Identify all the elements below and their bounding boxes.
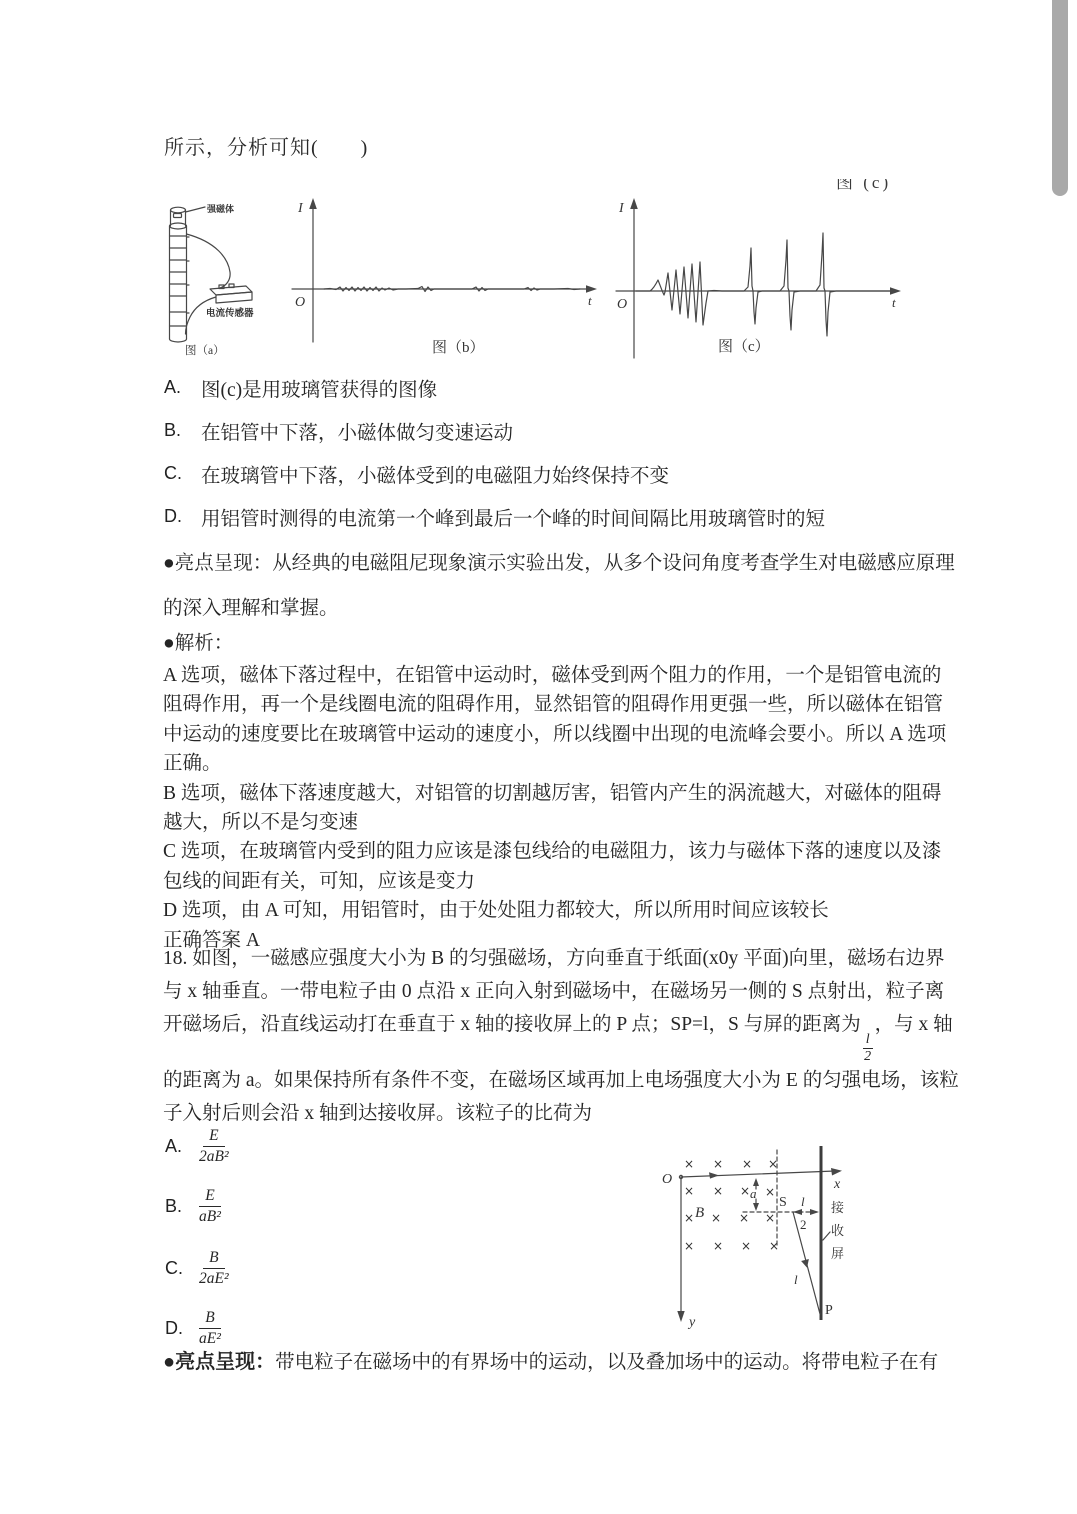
svg-text:×: × (741, 1239, 751, 1253)
highlight-label: ●亮点呈现： (163, 553, 272, 574)
svg-text:×: × (740, 1184, 750, 1198)
svg-text:屏: 屏 (831, 1246, 844, 1261)
svg-text:×: × (765, 1185, 775, 1199)
tube-drawing (170, 223, 190, 342)
analysis-block: A 选项，磁体下落过程中，在铝管中运动时，磁体受到两个阻力的作用，一个是铝管电流… (163, 661, 959, 955)
figure-c-yaxis-label: I (618, 201, 625, 216)
figure-b-yaxis-label: I (297, 201, 304, 216)
option-a-label: A. (165, 1136, 199, 1157)
q18-yaxis-label: y (687, 1315, 696, 1330)
option-c: C. B2aE² (165, 1250, 229, 1286)
option-a-label: A. (164, 377, 201, 398)
footer-highlight-text: 带电粒子在磁场中的有界场中的运动，以及叠加场中的运动。将带电粒子在有 (275, 1352, 938, 1373)
option-d-text: 用铝管时测得的电流第一个峰到最后一个峰的时间间隔比用玻璃管时的短 (201, 503, 825, 531)
figure-b-signal-curve (324, 287, 580, 292)
question18-options: A. E2aB² B. EaB² C. B2aE² D. BaE² (165, 1126, 425, 1356)
question17-options: A. 图(c)是用玻璃管获得的图像 B. 在铝管中下落，小磁体做匀变速运动 C.… (164, 366, 964, 538)
option-d: D. 用铝管时测得的电流第一个峰到最后一个峰的时间间隔比用玻璃管时的短 (164, 495, 964, 538)
q18-point-p-label: P (825, 1303, 833, 1318)
option-d-label: D. (165, 1318, 199, 1339)
q18-point-s-label: S (779, 1195, 787, 1210)
q18-distance-a-label: a (750, 1186, 757, 1201)
svg-text:×: × (739, 1211, 749, 1225)
svg-text:×: × (684, 1157, 694, 1171)
q18-screen-label: 接 收 屏 (831, 1200, 844, 1261)
svg-text:×: × (713, 1239, 723, 1253)
svg-text:接: 接 (831, 1200, 844, 1215)
option-c-label: C. (164, 463, 201, 484)
svg-text:×: × (742, 1157, 752, 1171)
q18-xaxis-label: x (833, 1177, 841, 1192)
q18-trajectory-line (793, 1212, 820, 1314)
analysis-option-a: A 选项，磁体下落过程中，在铝管中运动时，磁体受到两个阻力的作用，一个是铝管电流… (163, 661, 959, 779)
sensor-label: 电流传感器 (206, 307, 254, 319)
svg-text:收: 收 (831, 1223, 844, 1238)
document-page: 所示，分析可知( ) 强磁体 电流传感器 图（a） (0, 0, 1077, 1514)
question18-text-pre: 18. 如图，一磁感应强度大小为 B 的匀强磁场，方向垂直于纸面(x0y 平面)… (163, 948, 945, 1035)
analysis-option-b: B 选项，磁体下落速度越大，对铝管的切割越厉害，铝管内产生的涡流越大，对磁体的阻… (163, 779, 959, 838)
figure-c-caption: 图（c） (718, 338, 770, 355)
figure-a-apparatus: 强磁体 电流传感器 图（a） (158, 200, 298, 365)
option-b-text: 在铝管中下落，小磁体做匀变速运动 (201, 417, 513, 445)
figure-c-signal-curve (636, 233, 890, 336)
svg-text:×: × (684, 1211, 694, 1225)
option-a: A. 图(c)是用玻璃管获得的图像 (164, 366, 964, 409)
option-b-label: B. (165, 1196, 199, 1217)
option-c-text: 在玻璃管中下落，小磁体受到的电磁阻力始终保持不变 (201, 460, 669, 488)
option-a-text: 图(c)是用玻璃管获得的图像 (201, 374, 437, 402)
figure-b-caption: 图（b） (432, 339, 485, 356)
option-a-fraction: E2aB² (199, 1128, 229, 1164)
q18-field-label: B (695, 1205, 704, 1221)
option-c-fraction: B2aE² (199, 1250, 229, 1286)
option-c-label: C. (165, 1258, 199, 1279)
option-b: B. EaB² (165, 1188, 221, 1224)
analysis-heading: ●解析： (163, 627, 233, 655)
analysis-option-c: C 选项，在玻璃管内受到的阻力应该是漆包线给的电磁阻力，该力与磁体下落的速度以及… (163, 837, 959, 896)
figure-a-caption: 图（a） (185, 344, 225, 357)
question18-stem: 18. 如图，一磁感应强度大小为 B 的匀强磁场，方向垂直于纸面(x0y 平面)… (163, 942, 961, 1130)
question18-highlight: ●亮点呈现：带电粒子在磁场中的有界场中的运动，以及叠加场中的运动。将带电粒子在有 (163, 1345, 973, 1374)
figure-b-xaxis-label: t (588, 293, 592, 308)
q18-origin-label: O (662, 1172, 672, 1187)
scrollbar-thumb[interactable] (1052, 0, 1068, 196)
option-b-label: B. (164, 420, 201, 441)
magnet-label-line (186, 207, 206, 212)
analysis-option-d: D 选项，由 A 可知，用铝管时，由于处处阻力都较大，所以所用时间应该较长 (163, 896, 959, 925)
q18-frac-den-label: 2 (800, 1217, 807, 1232)
q18-diagonal-l-label: l (794, 1272, 798, 1287)
footer-highlight-label: ●亮点呈现： (163, 1351, 275, 1373)
figure-b-graph: I O t 图（b） (286, 192, 606, 366)
svg-text:×: × (765, 1211, 775, 1225)
inline-fraction-l-over-2: l2 (863, 1033, 873, 1064)
highlight-text: 从经典的电磁阻尼现象演示实验出发，从多个设问角度考查学生对电磁感应原理的深入理解… (163, 553, 955, 619)
option-c: C. 在玻璃管中下落，小磁体受到的电磁阻力始终保持不变 (164, 452, 964, 495)
question18-figure: O x y ×××× ×××× ×××× ×××× B a S l 2 接 收 (653, 1130, 945, 1332)
option-d-fraction: BaE² (199, 1310, 221, 1346)
option-d-label: D. (164, 506, 201, 527)
option-a: A. E2aB² (165, 1128, 229, 1164)
svg-text:×: × (684, 1184, 694, 1198)
svg-text:×: × (711, 1211, 721, 1225)
q18-axes (677, 1168, 842, 1322)
option-d: D. BaE² (165, 1310, 221, 1346)
clipped-caption-fragment: 图 (c) (836, 179, 912, 192)
option-b-fraction: EaB² (199, 1188, 221, 1224)
figure-c-origin-label: O (617, 297, 627, 312)
svg-text:×: × (713, 1157, 723, 1171)
figure-c-axes (616, 198, 901, 358)
wires-drawing (186, 234, 231, 334)
svg-text:×: × (713, 1184, 723, 1198)
figure-c-graph: I O t 图（c） (604, 188, 912, 366)
figure-b-axes (292, 198, 597, 342)
q18-screen-tick (823, 1232, 830, 1240)
q18-frac-num-label: l (801, 1194, 805, 1209)
current-sensor-drawing (210, 284, 252, 303)
option-b: B. 在铝管中下落，小磁体做匀变速运动 (164, 409, 964, 452)
question17-stem-fragment: 所示，分析可知( ) (164, 131, 368, 160)
svg-text:×: × (684, 1239, 694, 1253)
figure-c-xaxis-label: t (892, 295, 896, 310)
figure-b-origin-label: O (295, 295, 305, 310)
magnet-label: 强磁体 (206, 203, 234, 214)
highlight-paragraph: ●亮点呈现：从经典的电磁阻尼现象演示实验出发，从多个设问角度考查学生对电磁感应原… (163, 541, 963, 631)
